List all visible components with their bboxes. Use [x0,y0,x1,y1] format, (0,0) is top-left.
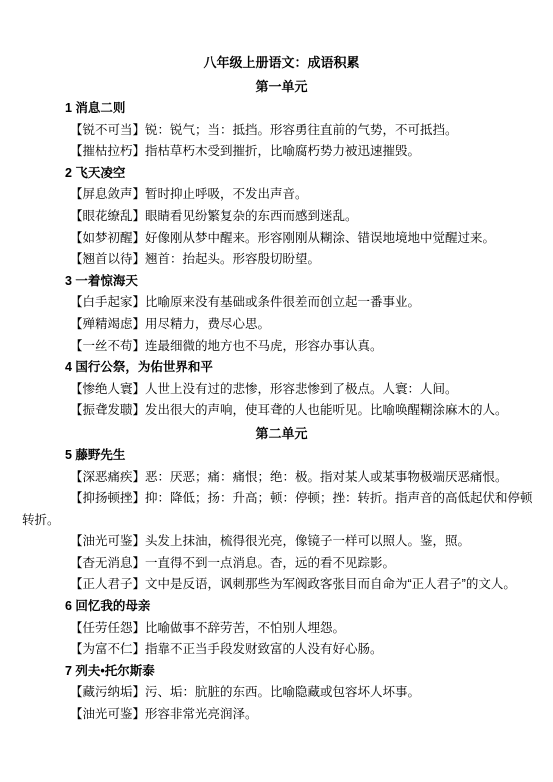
idiom-entry: 【眼花缭乱】眼睛看见纷繁复杂的东西而感到迷乱。 [22,206,541,228]
lesson-title: 4 国行公祭，为佑世界和平 [65,357,541,379]
idiom-entry: 【杳无消息】一直得不到一点消息。杳，远的看不见踪影。 [22,553,541,575]
document-title: 八年级上册语文：成语积累 [22,50,541,75]
lesson-title: 3 一着惊海天 [65,271,541,293]
idiom-entry: 【白手起家】比喻原来没有基础或条件很差而创立起一番事业。 [22,292,541,314]
idiom-entry: 【深恶痛疾】恶：厌恶；痛：痛恨；绝：极。指对某人或某事物极端厌恶痛恨。 [22,467,541,489]
idiom-entry: 【锐不可当】锐：锐气；当：抵挡。形容勇往直前的气势，不可抵挡。 [22,120,541,142]
unit-heading-2: 第二单元 [22,422,541,445]
idiom-entry: 【惨绝人寰】人世上没有过的悲惨，形容悲惨到了极点。人寰：人间。 [22,379,541,401]
lesson-title: 1 消息二则 [65,98,541,120]
idiom-entry: 【为富不仁】指靠不正当手段发财致富的人没有好心肠。 [22,639,541,661]
idiom-entry: 【屏息敛声】暂时抑止呼吸，不发出声音。 [22,184,541,206]
lesson-title: 5 藤野先生 [65,445,541,467]
idiom-entry: 【殚精竭虑】用尽精力，费尽心思。 [22,314,541,336]
idiom-entry: 【翘首以待】翘首：抬起头。形容殷切盼望。 [22,249,541,271]
document-page: 八年级上册语文：成语积累 第一单元 1 消息二则 【锐不可当】锐：锐气；当：抵挡… [0,0,553,782]
idiom-entry: 【如梦初醒】好像刚从梦中醒来。形容刚刚从糊涂、错误地境地中觉醒过来。 [22,228,541,250]
lesson-title: 6 回忆我的母亲 [65,596,541,618]
idiom-entry: 【油光可鉴】形容非常光亮润泽。 [22,704,541,726]
idiom-entry: 【任劳任怨】比喻做事不辞劳苦，不怕别人埋怨。 [22,618,541,640]
idiom-entry: 【振聋发聩】发出很大的声响，使耳聋的人也能听见。比喻唤醒糊涂麻木的人。 [22,400,541,422]
unit-heading-1: 第一单元 [22,75,541,98]
idiom-entry: 【藏污纳垢】污、垢：肮脏的东西。比喻隐藏或包容坏人坏事。 [22,682,541,704]
lesson-title: 2 飞天凌空 [65,163,541,185]
idiom-entry: 【正人君子】文中是反语，讽刺那些为军阀政客张目而自命为“正人君子”的文人。 [22,574,541,596]
idiom-entry: 【一丝不苟】连最细微的地方也不马虎，形容办事认真。 [22,336,541,358]
idiom-entry: 【摧枯拉朽】指枯草朽木受到摧折，比喻腐朽势力被迅速摧毁。 [22,141,541,163]
idiom-entry: 【油光可鉴】头发上抹油，梳得很光亮，像镜子一样可以照人。鉴，照。 [22,531,541,553]
idiom-entry: 【抑扬顿挫】抑：降低；扬：升高；顿：停顿；挫：转折。指声音的高低起伏和停顿转折。 [22,488,541,531]
lesson-title: 7 列夫•托尔斯泰 [65,661,541,683]
